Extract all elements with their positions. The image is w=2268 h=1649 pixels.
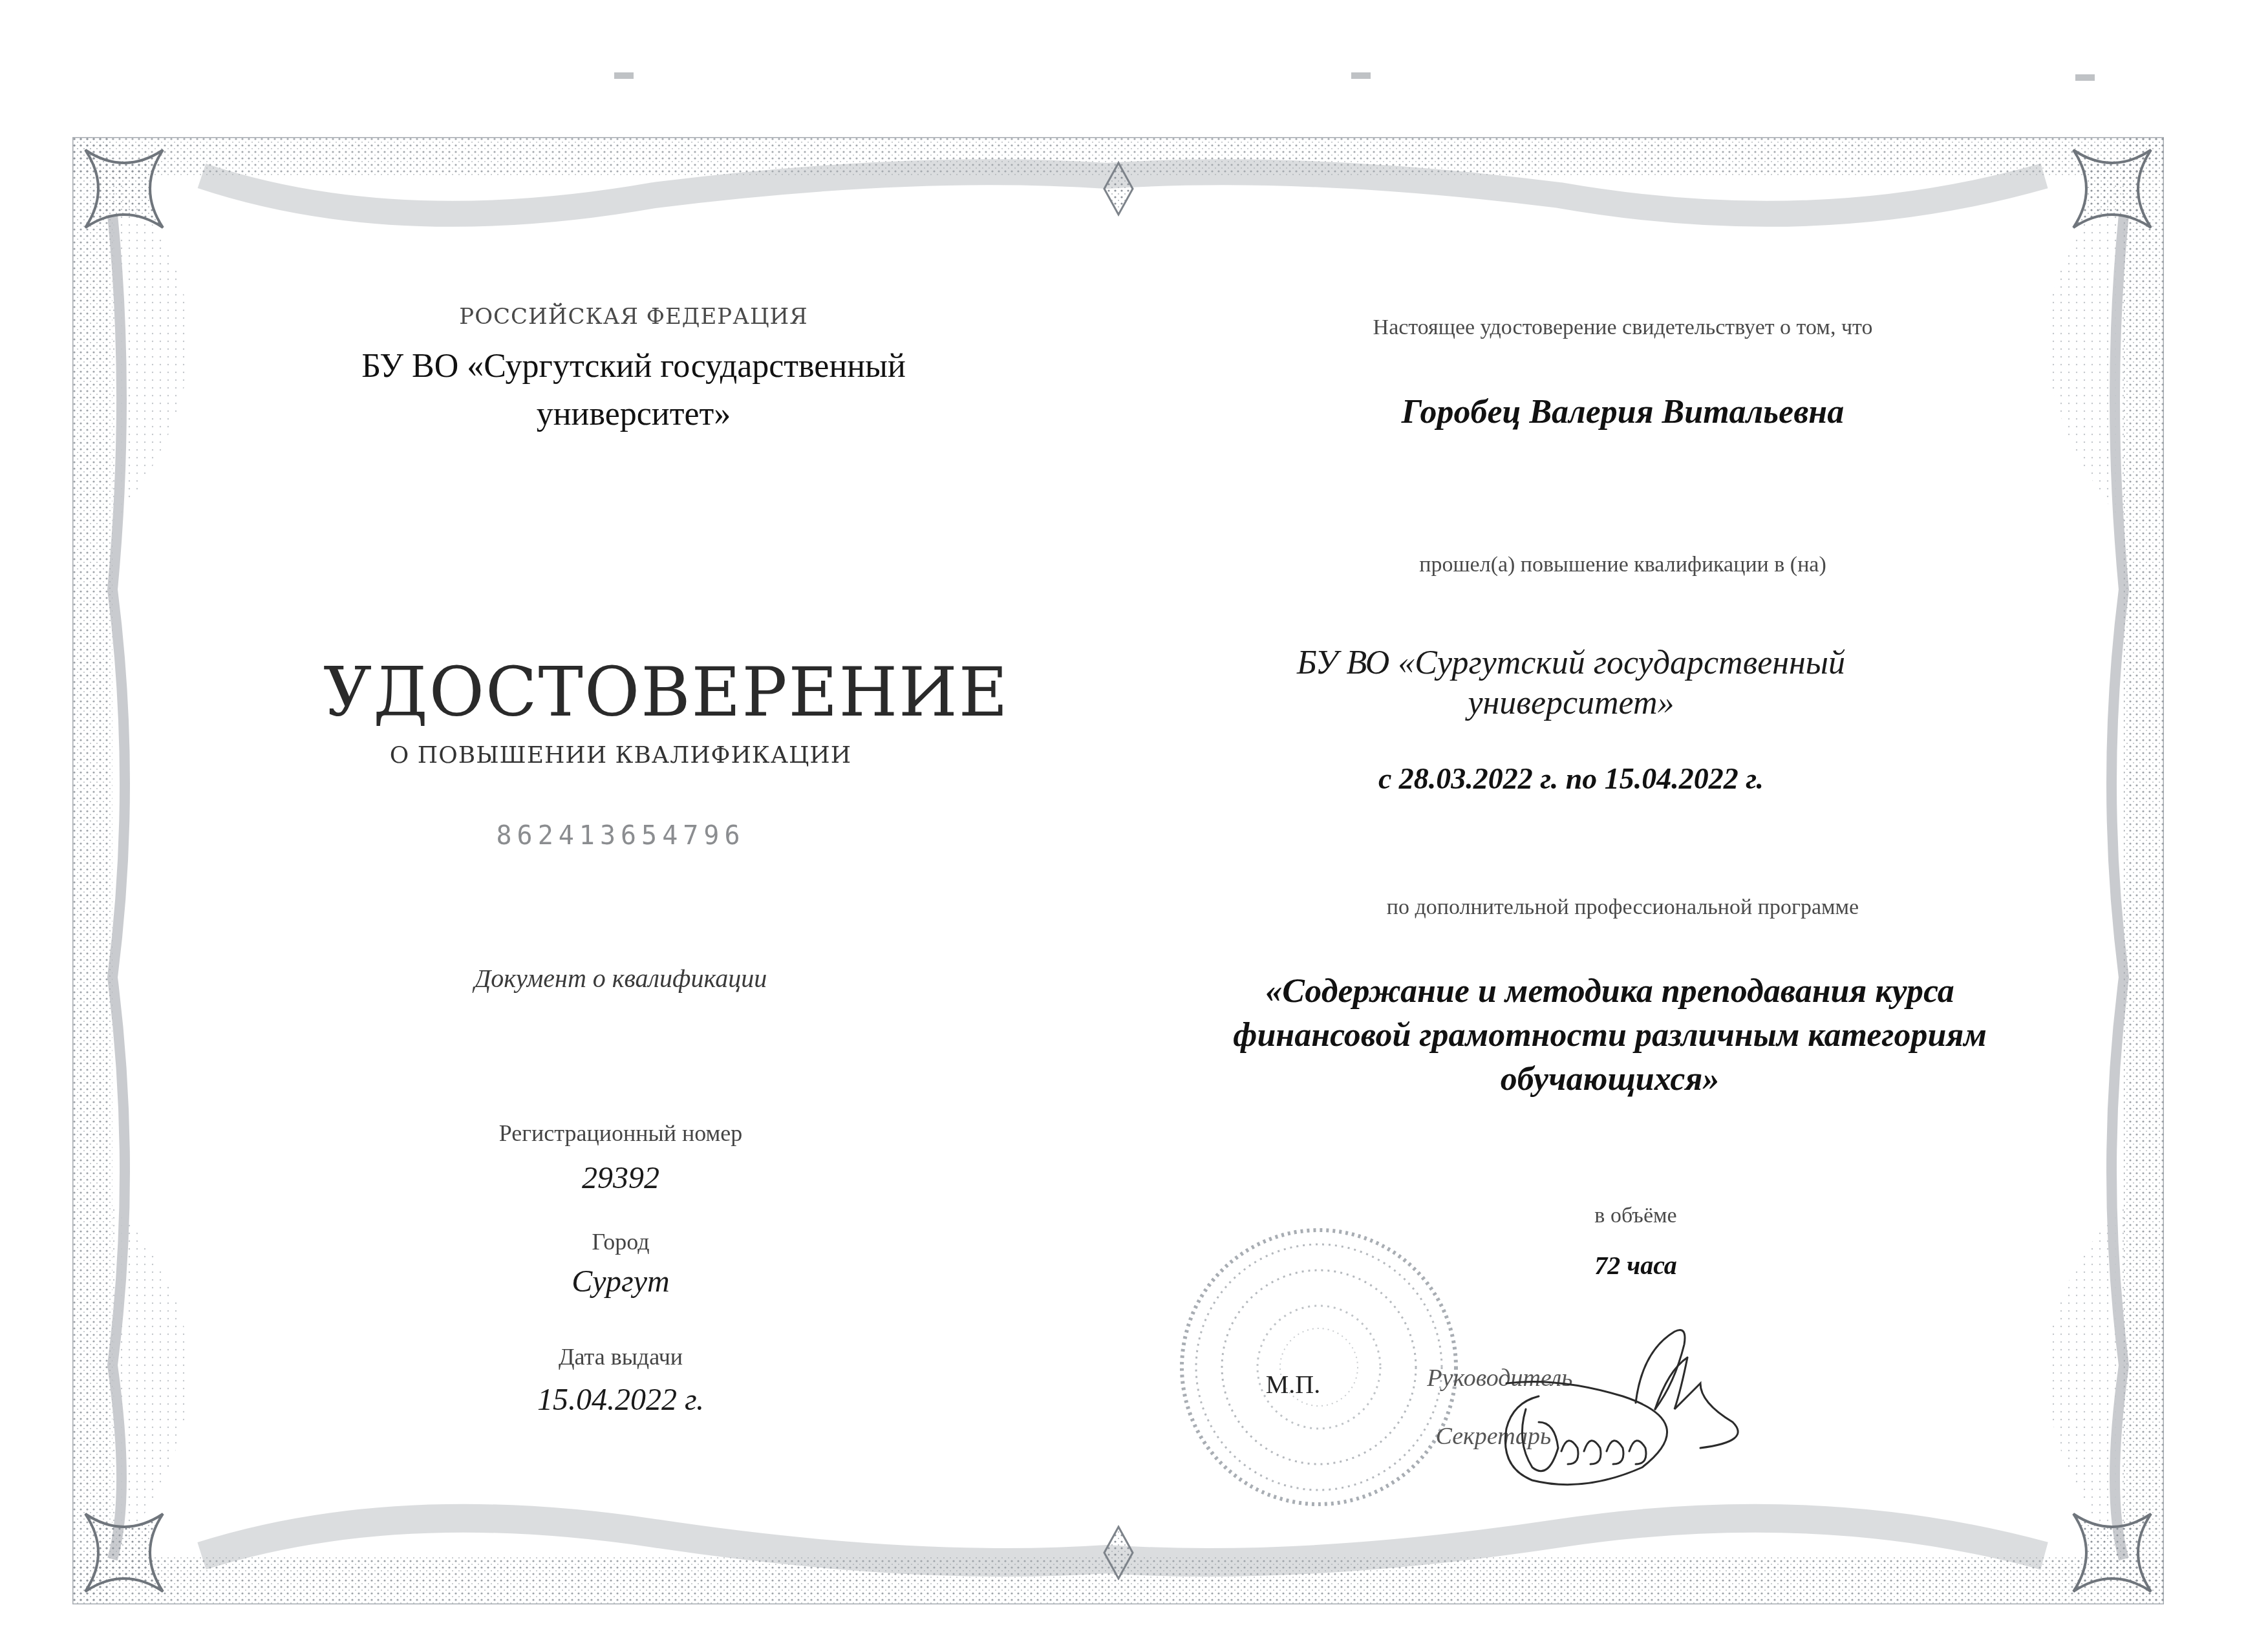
issuer-institution-line2: университет»	[284, 390, 983, 438]
issue-date-label: Дата выдачи	[453, 1343, 789, 1370]
city-label: Город	[491, 1228, 750, 1255]
handwritten-signatures	[1429, 1312, 1791, 1506]
program-label: по дополнительной профессиональной прогр…	[1267, 895, 1978, 920]
training-institution-line2: университет»	[1215, 683, 1927, 723]
registration-number-label: Регистрационный номер	[414, 1120, 828, 1147]
training-institution-line1: БУ ВО «Сургутский государственный	[1215, 643, 1927, 683]
holder-name: Горобец Валерия Витальевна	[1267, 393, 1978, 431]
issuer-institution-line1: БУ ВО «Сургутский государственный	[284, 343, 983, 390]
document-title: УДОСТОВЕРЕНИЕ	[323, 653, 918, 732]
registration-number: 29392	[453, 1160, 789, 1196]
certification-intro: Настоящее удостоверение свидетельствует …	[1267, 315, 1978, 340]
completed-statement: прошел(а) повышение квалификации в (на)	[1267, 553, 1978, 577]
city-value: Сургут	[453, 1264, 789, 1299]
country-heading: РОССИЙСКАЯ ФЕДЕРАЦИЯ	[401, 304, 866, 330]
document-subtitle: О ПОВЫШЕНИИ КВАЛИФИКАЦИИ	[362, 742, 879, 769]
program-title-line1: «Содержание и методика преподавания курс…	[1151, 970, 2069, 1014]
program-title-line3: обучающихся»	[1151, 1058, 2069, 1101]
seal-place-label: М.П.	[1248, 1369, 1338, 1399]
issuer-institution: БУ ВО «Сургутский государственный универ…	[284, 343, 983, 438]
volume-label: в объёме	[1442, 1204, 1830, 1228]
training-period: с 28.03.2022 г. по 15.04.2022 г.	[1215, 761, 1927, 796]
scan-artifact	[1351, 72, 1371, 79]
document-kind: Документ о квалификации	[362, 963, 879, 994]
issue-date: 15.04.2022 г.	[427, 1382, 815, 1418]
program-title: «Содержание и методика преподавания курс…	[1151, 970, 2069, 1101]
scan-artifact	[614, 72, 634, 79]
scan-artifact	[2075, 74, 2095, 81]
program-title-line2: финансовой грамотности различным категор…	[1151, 1014, 2069, 1058]
volume-hours: 72 часа	[1442, 1250, 1830, 1281]
serial-number: 862413654796	[388, 821, 853, 851]
training-institution: БУ ВО «Сургутский государственный универ…	[1215, 643, 1927, 723]
